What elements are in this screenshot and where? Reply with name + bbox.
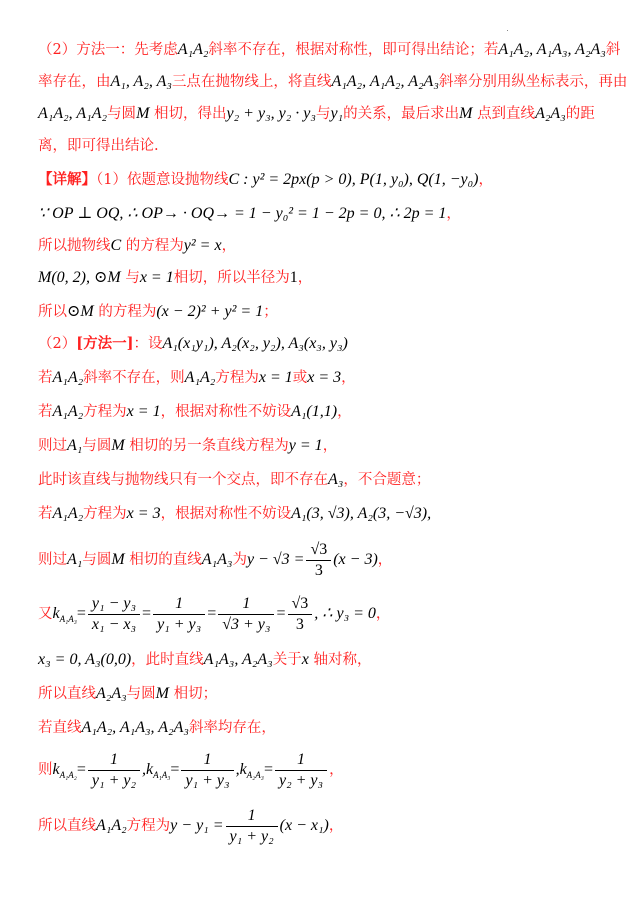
text: ， [329, 762, 344, 778]
text: 所以直线 [38, 818, 96, 834]
math: (x − x₁) [280, 817, 329, 834]
math: y − y₁ = [170, 817, 223, 834]
subscript: A₂A₃ [247, 770, 264, 780]
math: y − √3 = [247, 551, 304, 568]
fraction: y₁ − y₃x₁ − x₃ [88, 594, 140, 635]
text: ， [446, 206, 461, 222]
text: ， [337, 404, 352, 420]
math: x = 3 [127, 505, 161, 522]
text: 相切； [174, 686, 218, 702]
part2-line-7: 则过A₁与圆M 相切的直线A₁A₃为y − √3 =√33(x − 3)， [38, 538, 392, 582]
math: A₁, A₂, A₃ [111, 73, 172, 90]
text: 与圆 [127, 686, 156, 702]
math: A₁(3, √3), A₂(3, −√3), [291, 505, 431, 522]
analysis-line-3: A₁A₂, A₁A₂与圆M 相切，得出y₂ + y₃, y₂ · y₃与y₁的关… [38, 104, 595, 124]
text: 点到直线 [477, 106, 535, 122]
math: x = 3 [307, 369, 341, 386]
math: A₁A₂, A₁A₂ [38, 105, 107, 122]
text: 与 [316, 106, 331, 122]
text: 率存在，由 [38, 74, 111, 90]
text: 与圆 [82, 552, 111, 568]
text: ：设 [133, 336, 162, 352]
analysis-line-2: 率存在，由A₁, A₂, A₃三点在抛物线上，将直线A₁A₂, A₁A₂, A₂… [38, 72, 627, 92]
denominator: y₁ + y₃ [153, 615, 205, 635]
math: = [276, 605, 285, 622]
math: A₁ [67, 551, 82, 568]
math: A₂A₃ [96, 685, 127, 702]
denominator: y₂ + y₃ [275, 771, 327, 791]
math: y = 1 [289, 437, 323, 454]
math: k [53, 605, 60, 622]
text: 离，即可得出结论. [38, 138, 159, 154]
text: 与圆 [107, 106, 136, 122]
text: 若直线 [38, 720, 82, 736]
numerator: 1 [226, 806, 278, 827]
part2-line-11: 若直线A₁A₂, A₁A₃, A₂A₃斜率均存在， [38, 718, 276, 738]
text: 或 [293, 370, 308, 386]
text: ，不合题意； [343, 472, 430, 488]
denominator: 3 [306, 561, 331, 581]
text: 斜率分别用纵坐标表示，再由 [439, 74, 628, 90]
text: 又 [38, 606, 53, 622]
fraction: 1y₁ + y₂ [88, 750, 140, 791]
text: 则过 [38, 438, 67, 454]
text: 此时该直线与抛物线只有一个交点，即不存在 [38, 472, 328, 488]
part2-line-5: 此时该直线与抛物线只有一个交点，即不存在A₃，不合题意； [38, 470, 430, 490]
analysis-line-1: （2）方法一：先考虑A₁A₂斜率不存在，根据对称性，即可得出结论；若A₁A₂, … [38, 40, 620, 60]
speck [507, 30, 508, 31]
denominator: √3 + y₃ [218, 615, 274, 635]
math: A₁A₂ [53, 369, 84, 386]
math: M [136, 105, 149, 122]
solution-line-2: ∵ OP ⊥ OQ, ∴ OP→ · OQ→ = 1 − y₀² = 1 − 2… [38, 204, 461, 224]
numerator: √3 [288, 594, 313, 615]
fraction: 1y₁ + y₃ [181, 750, 233, 791]
math: A₁A₂, A₁A₃, A₂A₃ [498, 41, 605, 58]
math: , ∴ y₃ = 0 [314, 605, 376, 622]
analysis-line-4: 离，即可得出结论. [38, 136, 159, 156]
text: 所以抛物线 [38, 238, 111, 254]
math: ⊙M [67, 303, 94, 320]
text: 的距 [566, 106, 595, 122]
part2-line-9: x₃ = 0, A₃(0,0)，此时直线A₁A₃, A₂A₃关于x 轴对称， [38, 650, 371, 670]
math: = [207, 605, 216, 622]
text: 斜率均存在， [189, 720, 276, 736]
math: A₁(x₁y₁), A₂(x₂, y₂), A₃(x₃, y₃) [162, 335, 347, 352]
math: M [111, 551, 124, 568]
math: = [77, 605, 86, 622]
text: ， [378, 552, 393, 568]
math: A₁A₃ [202, 551, 233, 568]
numerator: 1 [218, 594, 274, 615]
text: 若 [38, 370, 53, 386]
math: A₁A₂ [178, 41, 209, 58]
text: （2）方法一：先考虑 [38, 42, 178, 58]
text: 若 [38, 404, 53, 420]
denominator: y₁ + y₂ [88, 771, 140, 791]
fraction: √33 [288, 594, 313, 635]
solution-line-3: 所以抛物线C 的方程为y² = x， [38, 236, 236, 256]
math: M [111, 437, 124, 454]
part2-line-13: 所以直线A₁A₂方程为y − y₁ =1y₁ + y₂(x − x₁)， [38, 804, 343, 848]
text: 方程为 [127, 818, 171, 834]
part2-line-8: 又kA₁A₃=y₁ − y₃x₁ − x₃=1y₁ + y₃=1√3 + y₃=… [38, 592, 390, 641]
math: ,k [236, 761, 247, 778]
text: 方程为 [83, 506, 127, 522]
part2-line-12: 则kA₁A₂=1y₁ + y₂,kA₁A₃=1y₁ + y₃,kA₂A₃=1y₂… [38, 748, 344, 797]
text: ， [323, 438, 338, 454]
math: y₁ [330, 105, 343, 122]
section-header: 【详解】 [38, 171, 96, 188]
text: 所以 [38, 304, 67, 320]
solution-line-5: 所以⊙M 的方程为(x − 2)² + y² = 1； [38, 302, 278, 322]
text: ， [376, 606, 391, 622]
fraction: 1y₁ + y₂ [226, 806, 278, 847]
text: 斜率不存在，则 [83, 370, 185, 386]
text: ， [479, 172, 494, 188]
math: M [156, 685, 169, 702]
text: ， [329, 818, 344, 834]
text: 关于 [273, 652, 302, 668]
math: A₁ [67, 437, 82, 454]
numerator: √3 [306, 540, 331, 561]
text: 相切的直线 [129, 552, 202, 568]
text: 相切的另一条直线方程为 [129, 438, 289, 454]
math: x = 1 [127, 403, 161, 420]
text: （1）依题意设抛物线 [96, 172, 228, 188]
part2-line-3: 若A₁A₂方程为x = 1，根据对称性不妨设A₁(1,1)， [38, 402, 352, 422]
math: M [459, 105, 472, 122]
text: ，根据对称性不妨设 [161, 404, 292, 420]
math: A₁A₂ [53, 505, 84, 522]
numerator: 1 [181, 750, 233, 771]
math: ,k [142, 761, 153, 778]
text: 则过 [38, 552, 67, 568]
text: 相切，得出 [154, 106, 227, 122]
fraction: √33 [306, 540, 331, 581]
math: x = 1 [259, 369, 293, 386]
denominator: y₁ + y₂ [226, 827, 278, 847]
text: 的方程为 [98, 304, 156, 320]
math: x = 1 [140, 269, 174, 286]
math: = [142, 605, 151, 622]
math: C : y² = 2px(p > 0), P(1, y₀), Q(1, −y₀) [228, 171, 478, 188]
text: 所以直线 [38, 686, 96, 702]
subscript: A₁A₃ [153, 770, 170, 780]
text: 相切，所以半径为 [174, 270, 290, 286]
text: 斜率不存在，根据对称性，即可得出结论；若 [208, 42, 498, 58]
math: A₁A₂, A₁A₃, A₂A₃ [82, 719, 189, 736]
text: ； [263, 304, 278, 320]
text: 则 [38, 762, 53, 778]
math: (x − 3) [333, 551, 378, 568]
math: k [53, 761, 60, 778]
numerator: 1 [275, 750, 327, 771]
text: 的方程为 [126, 238, 184, 254]
subscript: A₁A₂ [60, 770, 77, 780]
text: 与圆 [82, 438, 111, 454]
text: 三点在抛物线上，将直线 [172, 74, 332, 90]
text: ， [298, 270, 313, 286]
math: A₃ [328, 471, 343, 488]
math: x₃ = 0, A₃(0,0) [38, 651, 131, 668]
math: A₁A₃, A₂A₃ [204, 651, 273, 668]
part2-line-1: （2）[方法一]：设A₁(x₁y₁), A₂(x₂, y₂), A₃(x₃, y… [38, 334, 348, 354]
part2-line-10: 所以直线A₂A₃与圆M 相切； [38, 684, 217, 704]
numerator: 1 [88, 750, 140, 771]
text: ， [222, 238, 237, 254]
math: ∵ OP ⊥ OQ, ∴ OP→ · OQ→ = 1 − y₀² = 1 − 2… [38, 205, 446, 222]
math: A₂A₃ [535, 105, 566, 122]
math: A₁(1,1) [291, 403, 337, 420]
text: 为 [232, 552, 247, 568]
numerator: 1 [153, 594, 205, 615]
text: ，此时直线 [131, 652, 204, 668]
math: 1 [290, 269, 298, 286]
fraction: 1y₂ + y₃ [275, 750, 327, 791]
text: 斜 [606, 42, 621, 58]
subscript: A₁A₃ [60, 614, 77, 624]
fraction: 1y₁ + y₃ [153, 594, 205, 635]
text: 与 [125, 270, 140, 286]
fraction: 1√3 + y₃ [218, 594, 274, 635]
math: (x − 2)² + y² = 1 [156, 303, 263, 320]
math: A₁A₂ [185, 369, 216, 386]
part2-line-6: 若A₁A₂方程为x = 3，根据对称性不妨设A₁(3, √3), A₂(3, −… [38, 504, 431, 524]
math: y₂ + y₃, y₂ · y₃ [227, 105, 316, 122]
text: 的关系，最后求出 [343, 106, 459, 122]
text: ， [341, 370, 356, 386]
method-label: [方法一] [76, 335, 133, 352]
solution-line-1: 【详解】（1）依题意设抛物线C : y² = 2px(p > 0), P(1, … [38, 170, 493, 190]
denominator: x₁ − x₃ [88, 615, 140, 635]
math: x [302, 651, 309, 668]
numerator: y₁ − y₃ [88, 594, 140, 615]
text: 方程为 [215, 370, 259, 386]
part2-line-4: 则过A₁与圆M 相切的另一条直线方程为y = 1， [38, 436, 337, 456]
math: M(0, 2), ⊙M [38, 269, 121, 286]
denominator: 3 [288, 615, 313, 635]
text: 方程为 [83, 404, 127, 420]
denominator: y₁ + y₃ [181, 771, 233, 791]
math: C [111, 237, 122, 254]
solution-line-4: M(0, 2), ⊙M 与x = 1相切，所以半径为1， [38, 268, 312, 288]
text: 轴对称， [313, 652, 371, 668]
math: A₁A₂ [53, 403, 84, 420]
text: （2） [38, 336, 76, 352]
math: A₁A₂, A₁A₂, A₂A₃ [331, 73, 438, 90]
text: 若 [38, 506, 53, 522]
math: y² = x [184, 237, 222, 254]
part2-line-2: 若A₁A₂斜率不存在，则A₁A₂方程为x = 1或x = 3， [38, 368, 356, 388]
text: ，根据对称性不妨设 [161, 506, 292, 522]
math: A₁A₂ [96, 817, 127, 834]
